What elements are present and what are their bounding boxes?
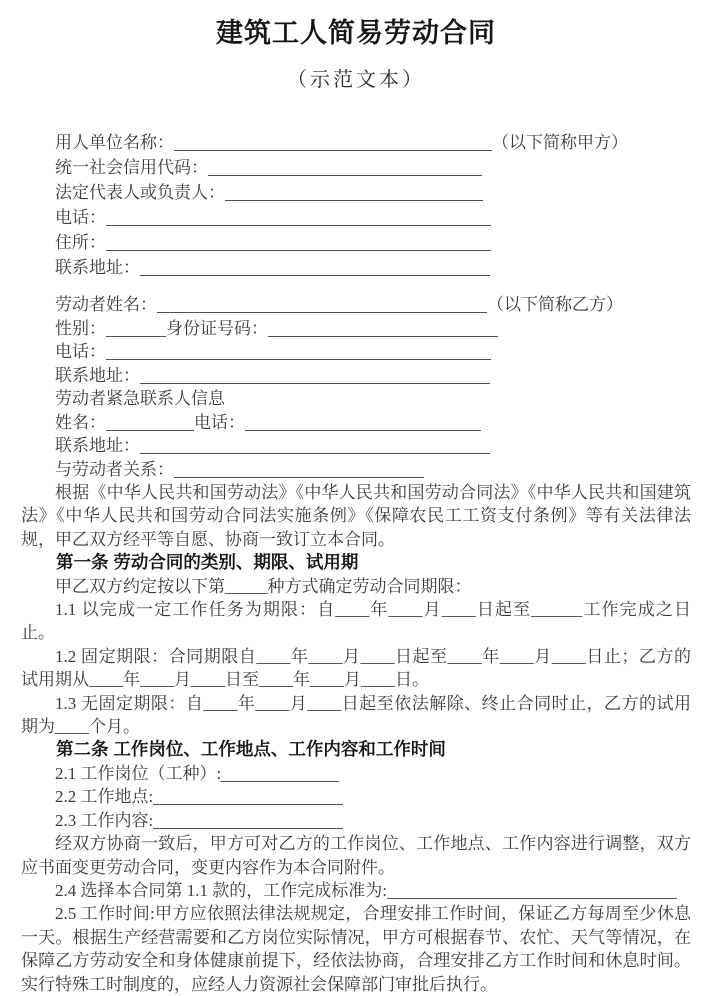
field-job-position: 2.1 工作岗位（工种）: bbox=[21, 762, 691, 785]
emergency-contact-heading: 劳动者紧急联系人信息 bbox=[21, 387, 691, 411]
field-emergency-address: 联系地址： bbox=[21, 434, 691, 458]
field-label: 2.2 工作地点: bbox=[55, 787, 153, 806]
clause-2-5-paragraph: 2.5 工作时间:甲方应依照法律法规规定，合理安排工作时间，保证乙方每周至少休息… bbox=[21, 902, 691, 996]
field-legal-representative: 法定代表人或负责人： bbox=[21, 180, 691, 205]
clause-1-heading: 第一条 劳动合同的类别、期限、试用期 bbox=[21, 551, 691, 574]
field-employer-address: 联系地址： bbox=[21, 255, 691, 280]
field-label: 身份证号码： bbox=[166, 319, 268, 338]
fill-in-blank bbox=[153, 789, 343, 805]
clause-1-2: 1.2 固定期限：合同期限自____年____月____日起至____年____… bbox=[21, 645, 691, 692]
contract-subtitle: （示范文本） bbox=[21, 67, 691, 93]
field-label: 2.3 工作内容: bbox=[55, 811, 153, 830]
clause-2-heading: 第二条 工作岗位、工作地点、工作内容和工作时间 bbox=[21, 738, 691, 761]
contract-document-page: 建筑工人简易劳动合同 （示范文本） 用人单位名称：（以下简称甲方） 统一社会信用… bbox=[0, 0, 712, 996]
fill-in-blank bbox=[268, 321, 498, 337]
fill-in-blank bbox=[387, 883, 677, 899]
field-label: 电话： bbox=[55, 342, 106, 361]
field-worker-phone: 电话： bbox=[21, 340, 691, 364]
field-label: 联系地址： bbox=[55, 366, 140, 385]
field-emergency-relationship: 与劳动者关系： bbox=[21, 458, 691, 482]
field-employer-domicile: 住所： bbox=[21, 230, 691, 255]
contract-body: 根据《中华人民共和国劳动法》《中华人民共和国劳动合同法》《中华人民共和国建筑法》… bbox=[21, 481, 691, 996]
field-work-location: 2.2 工作地点: bbox=[21, 785, 691, 808]
field-label: 2.1 工作岗位（工种）: bbox=[55, 764, 221, 783]
section-gap bbox=[21, 280, 691, 293]
field-employer-phone: 电话： bbox=[21, 205, 691, 230]
field-label: 联系地址： bbox=[55, 436, 140, 455]
field-label: 性别： bbox=[55, 319, 106, 338]
fill-in-blank bbox=[106, 235, 491, 251]
party-a-section: 用人单位名称：（以下简称甲方） 统一社会信用代码： 法定代表人或负责人： 电话：… bbox=[21, 130, 691, 280]
party-b-section: 劳动者姓名：（以下简称乙方） 性别：身份证号码： 电话： 联系地址： 劳动者紧急… bbox=[21, 293, 691, 481]
fill-in-blank bbox=[221, 766, 339, 782]
field-suffix: （以下简称甲方） bbox=[492, 133, 628, 152]
field-label: 姓名： bbox=[55, 413, 106, 432]
fill-in-blank bbox=[225, 185, 483, 201]
field-label: 联系地址： bbox=[55, 258, 140, 277]
field-label: 统一社会信用代码： bbox=[55, 158, 208, 177]
field-credit-code: 统一社会信用代码： bbox=[21, 155, 691, 180]
field-label: 用人单位名称： bbox=[55, 133, 174, 152]
field-suffix: （以下简称乙方） bbox=[487, 295, 623, 314]
fill-in-blank bbox=[157, 297, 487, 313]
fill-in-blank bbox=[140, 438, 490, 454]
fill-in-blank bbox=[106, 321, 166, 337]
field-employer-name: 用人单位名称：（以下简称甲方） bbox=[21, 130, 691, 155]
field-worker-address: 联系地址： bbox=[21, 364, 691, 388]
fill-in-blank bbox=[140, 260, 490, 276]
field-label: 劳动者紧急联系人信息 bbox=[55, 389, 225, 408]
clause-1-1: 1.1 以完成一定工作任务为期限：自____年____月____日起至_____… bbox=[21, 598, 691, 645]
contract-title: 建筑工人简易劳动合同 bbox=[21, 16, 691, 50]
fill-in-blank bbox=[106, 415, 194, 431]
fill-in-blank bbox=[153, 813, 343, 829]
field-gender-and-id: 性别：身份证号码： bbox=[21, 317, 691, 341]
field-label: 劳动者姓名： bbox=[55, 295, 157, 314]
fill-in-blank bbox=[174, 462, 424, 478]
field-label: 2.4 选择本合同第 1.1 款的，工作完成标准为: bbox=[55, 881, 387, 900]
fill-in-blank bbox=[208, 160, 482, 176]
field-emergency-name-phone: 姓名：电话： bbox=[21, 411, 691, 435]
clause-2-adjust-paragraph: 经双方协商一致后，甲方可对乙方的工作岗位、工作地点、工作内容进行调整，双方应书面… bbox=[21, 832, 691, 879]
clause-1-intro: 甲乙双方约定按以下第_____种方式确定劳动合同期限： bbox=[21, 575, 691, 598]
fill-in-blank bbox=[140, 368, 490, 384]
fill-in-blank bbox=[106, 210, 491, 226]
field-completion-standard: 2.4 选择本合同第 1.1 款的，工作完成标准为: bbox=[21, 879, 691, 902]
field-work-content: 2.3 工作内容: bbox=[21, 809, 691, 832]
fill-in-blank bbox=[174, 135, 492, 151]
field-label: 法定代表人或负责人： bbox=[55, 183, 225, 202]
field-label: 电话： bbox=[55, 208, 106, 227]
field-worker-name: 劳动者姓名：（以下简称乙方） bbox=[21, 293, 691, 317]
field-label: 与劳动者关系： bbox=[55, 460, 174, 479]
fill-in-blank bbox=[245, 415, 481, 431]
clause-1-3: 1.3 无固定期限：自____年____月____日起至依法解除、终止合同时止，… bbox=[21, 692, 691, 739]
preamble-paragraph: 根据《中华人民共和国劳动法》《中华人民共和国劳动合同法》《中华人民共和国建筑法》… bbox=[21, 481, 691, 551]
field-label: 住所： bbox=[55, 233, 106, 252]
field-label: 电话： bbox=[194, 413, 245, 432]
fill-in-blank bbox=[106, 344, 491, 360]
